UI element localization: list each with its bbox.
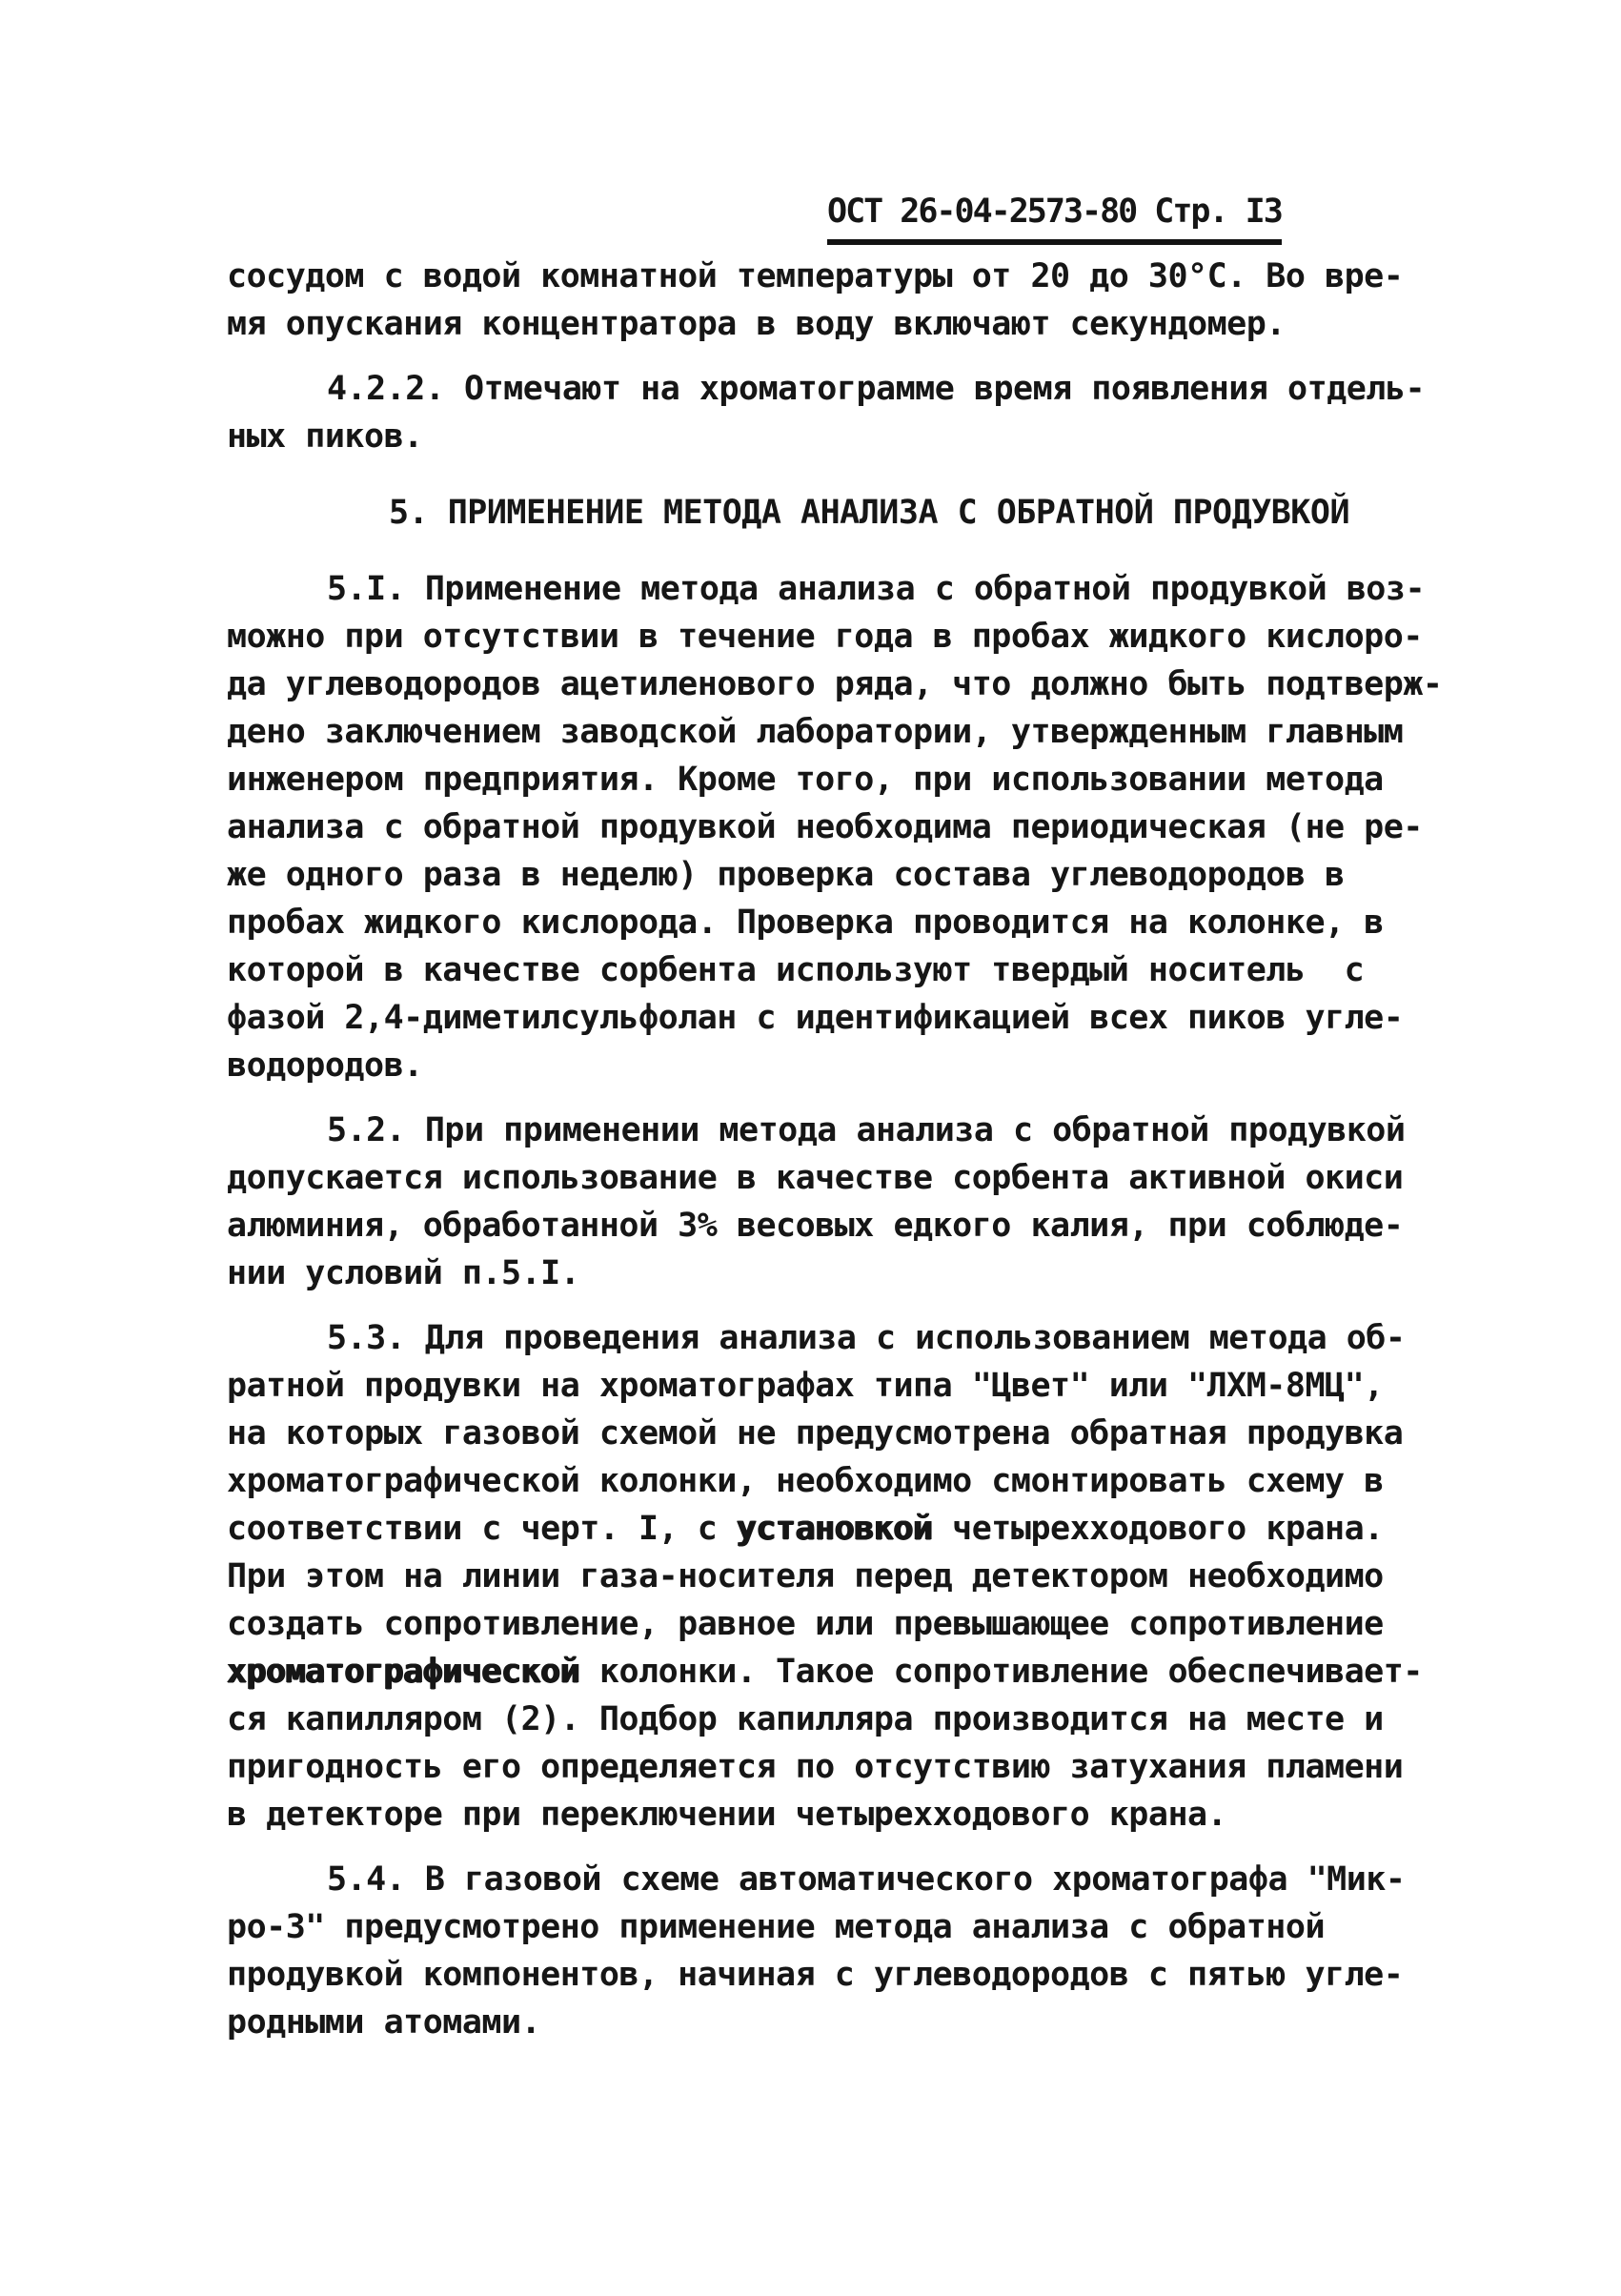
document-body: ОСТ 26-04-2573-80 Стр. I3 сосудом с водо… — [227, 188, 1485, 2046]
paragraph: 5.I. Применение метода анализа с обратно… — [227, 537, 1485, 1089]
paragraph: 5.4. В газовой схеме автоматического хро… — [227, 1839, 1485, 2046]
text-line: 5.2. При применении метода анализа с обр… — [227, 1107, 1485, 1154]
text-line: допускается использование в качестве сор… — [227, 1154, 1485, 1202]
text-line: ратной продувки на хроматографах типа "Ц… — [227, 1362, 1485, 1410]
text-line: нии условий п.5.I. — [227, 1250, 1485, 1297]
text-line: которой в качестве сорбента используют т… — [227, 946, 1485, 994]
text-line: 5.I. Применение метода анализа с обратно… — [227, 565, 1485, 613]
text-line: создать сопротивление, равное или превыш… — [227, 1600, 1485, 1648]
document-page: ОСТ 26-04-2573-80 Стр. I3 сосудом с водо… — [0, 0, 1621, 2296]
text-line: дено заключением заводской лаборатории, … — [227, 708, 1485, 756]
text-line: 5.4. В газовой схеме автоматического хро… — [227, 1856, 1485, 1903]
text-line: продувкой компонентов, начиная с углевод… — [227, 1951, 1485, 1999]
text-line: пробах жидкого кислорода. Проверка прово… — [227, 899, 1485, 946]
text-line: на которых газовой схемой не предусмотре… — [227, 1410, 1485, 1457]
paragraph: сосудом с водой комнатной температуры от… — [227, 253, 1485, 348]
text-line: анализа с обратной продувкой необходима … — [227, 803, 1485, 851]
text-line: 5.3. Для проведения анализа с использова… — [227, 1314, 1485, 1362]
header-text: ОСТ 26-04-2573-80 Стр. I3 — [827, 188, 1282, 245]
text-line: ся капилляром (2). Подбор капилляра прои… — [227, 1696, 1485, 1743]
text-line: 5. ПРИМЕНЕНИЕ МЕТОДА АНАЛИЗА С ОБРАТНОЙ … — [389, 489, 1485, 537]
section-heading: 5. ПРИМЕНЕНИЕ МЕТОДА АНАЛИЗА С ОБРАТНОЙ … — [389, 460, 1485, 537]
text-line: хроматографической колонки. Такое сопрот… — [227, 1648, 1485, 1696]
text-line: родными атомами. — [227, 1999, 1485, 2046]
text-line: хроматографической колонки, необходимо с… — [227, 1457, 1485, 1505]
text-line: водородов. — [227, 1042, 1485, 1089]
paragraph: 5.3. Для проведения анализа с использова… — [227, 1297, 1485, 1839]
text-line: да углеводородов ацетиленового ряда, что… — [227, 660, 1485, 708]
paragraph: 5.2. При применении метода анализа с обр… — [227, 1089, 1485, 1297]
content-area: сосудом с водой комнатной температуры от… — [227, 253, 1485, 2046]
page-header: ОСТ 26-04-2573-80 Стр. I3 — [827, 188, 1485, 245]
text-line: 4.2.2. Отмечают на хроматограмме время п… — [227, 365, 1485, 413]
text-line: же одного раза в неделю) проверка состав… — [227, 851, 1485, 899]
text-line: ных пиков. — [227, 413, 1485, 460]
text-line: можно при отсутствии в течение года в пр… — [227, 613, 1485, 660]
text-line: в детекторе при переключении четырехходо… — [227, 1791, 1485, 1839]
text-line: соответствии с черт. I, с установкой чет… — [227, 1505, 1485, 1553]
text-line: сосудом с водой комнатной температуры от… — [227, 253, 1485, 300]
text-line: инженером предприятия. Кроме того, при и… — [227, 756, 1485, 803]
paragraph: 4.2.2. Отмечают на хроматограмме время п… — [227, 348, 1485, 460]
text-line: При этом на линии газа-носителя перед де… — [227, 1553, 1485, 1600]
text-line: алюминия, обработанной 3% весовых едкого… — [227, 1202, 1485, 1250]
text-line: ро-3" предусмотрено применение метода ан… — [227, 1903, 1485, 1951]
text-line: пригодность его определяется по отсутств… — [227, 1743, 1485, 1791]
text-line: фазой 2,4-диметилсульфолан с идентификац… — [227, 994, 1485, 1042]
text-line: мя опускания концентратора в воду включа… — [227, 300, 1485, 348]
